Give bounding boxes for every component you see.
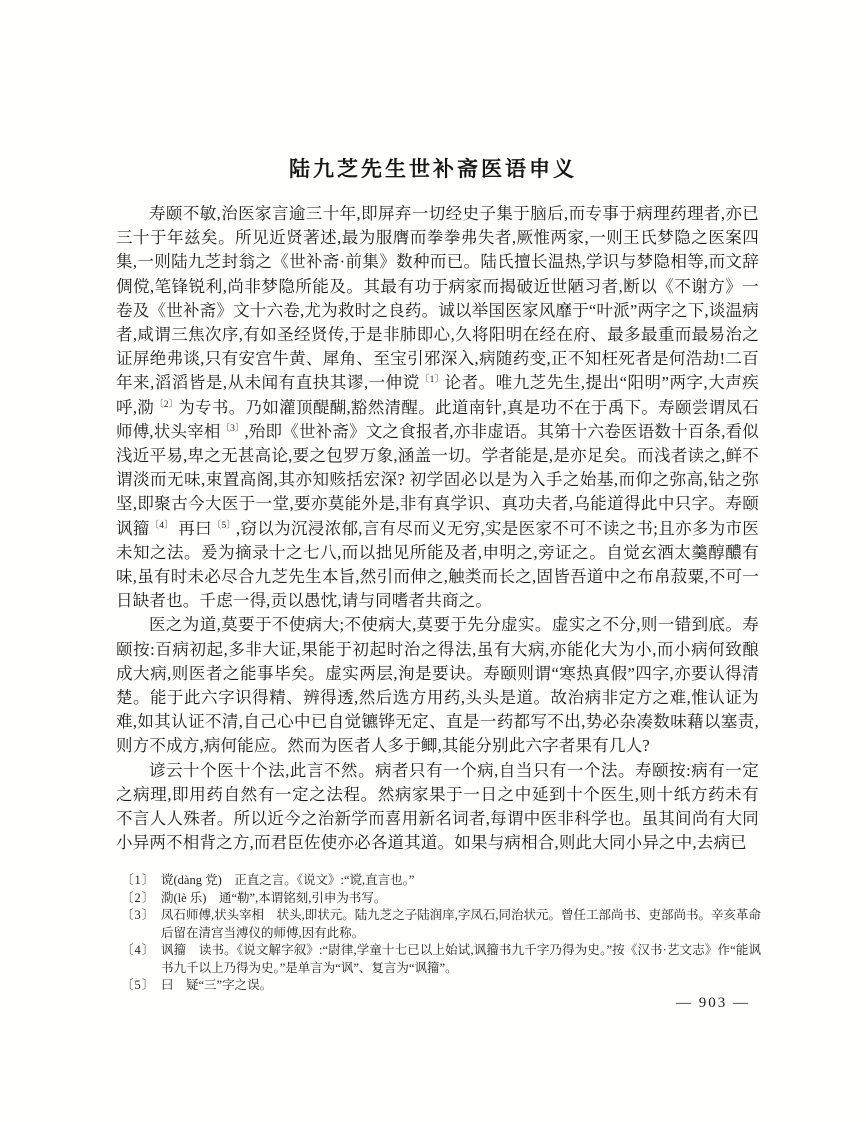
page-number: — 903 — xyxy=(676,995,750,1012)
footnote-label: 〔1〕 xyxy=(121,872,161,890)
footnote-label: 〔3〕 xyxy=(121,907,161,925)
scanned-book-page: 陆九芝先生世补斋医语申义 寿颐不敏,治医家言逾三十年,即屏弃一切经史子集于脑后,… xyxy=(0,0,866,1122)
footnote-item: 〔4〕 讽籀 读书。《说文解字叙》:“尉律,学童十七已以上始试,讽籀书九千字乃得… xyxy=(121,942,761,977)
footnote-label: 〔5〕 xyxy=(121,977,161,995)
body-paragraph: 寿颐不敏,治医家言逾三十年,即屏弃一切经史子集于脑后,而专事于病理药理者,亦已三… xyxy=(116,202,759,613)
footnote-item: 〔5〕 曰 疑“三”字之误。 xyxy=(121,977,761,995)
footnote-text: 谠(dàng 党) 正直之言。《说文》:“谠,直言也。” xyxy=(161,872,761,890)
footnote-ref: 〔4〕 xyxy=(150,521,174,531)
footnote-ref: 〔2〕 xyxy=(154,400,178,410)
footnote-ref: 〔5〕 xyxy=(212,521,236,531)
footnote-item: 〔2〕 泐(lè 乐) 通“勒”,本谓铭刻,引申为书写。 xyxy=(121,890,761,908)
footnote-item: 〔3〕 凤石师傅,状头宰相 状头,即状元。陆九芝之子陆润庠,字凤石,同治状元。曾… xyxy=(121,907,761,942)
body-paragraph: 谚云十个医十个法,此言不然。病者只有一个病,自当只有一个法。寿颐按:病有一定之病… xyxy=(116,759,759,856)
footnote-text: 凤石师傅,状头宰相 状头,即状元。陆九芝之子陆润庠,字凤石,同治状元。曾任工部尚… xyxy=(161,907,761,942)
footnote-label: 〔2〕 xyxy=(121,890,161,908)
page-title: 陆九芝先生世补斋医语申义 xyxy=(0,153,866,183)
footnote-text: 泐(lè 乐) 通“勒”,本谓铭刻,引申为书写。 xyxy=(161,890,761,908)
footnote-ref: 〔1〕 xyxy=(420,375,445,385)
footnote-text: 曰 疑“三”字之误。 xyxy=(161,977,761,995)
footnotes: 〔1〕 谠(dàng 党) 正直之言。《说文》:“谠,直言也。” 〔2〕 泐(l… xyxy=(121,872,761,995)
footnote-text: 讽籀 读书。《说文解字叙》:“尉律,学童十七已以上始试,讽籀书九千字乃得为史。”… xyxy=(161,942,761,977)
body-paragraph: 医之为道,莫要于不使病大;不使病大,莫要于先分虚实。虚实之不分,则一错到底。寿颐… xyxy=(116,613,759,758)
footnote-ref: 〔3〕 xyxy=(221,424,245,434)
footnote-label: 〔4〕 xyxy=(121,942,161,960)
footnote-item: 〔1〕 谠(dàng 党) 正直之言。《说文》:“谠,直言也。” xyxy=(121,872,761,890)
body-text: 寿颐不敏,治医家言逾三十年,即屏弃一切经史子集于脑后,而专事于病理药理者,亦已三… xyxy=(116,202,759,855)
